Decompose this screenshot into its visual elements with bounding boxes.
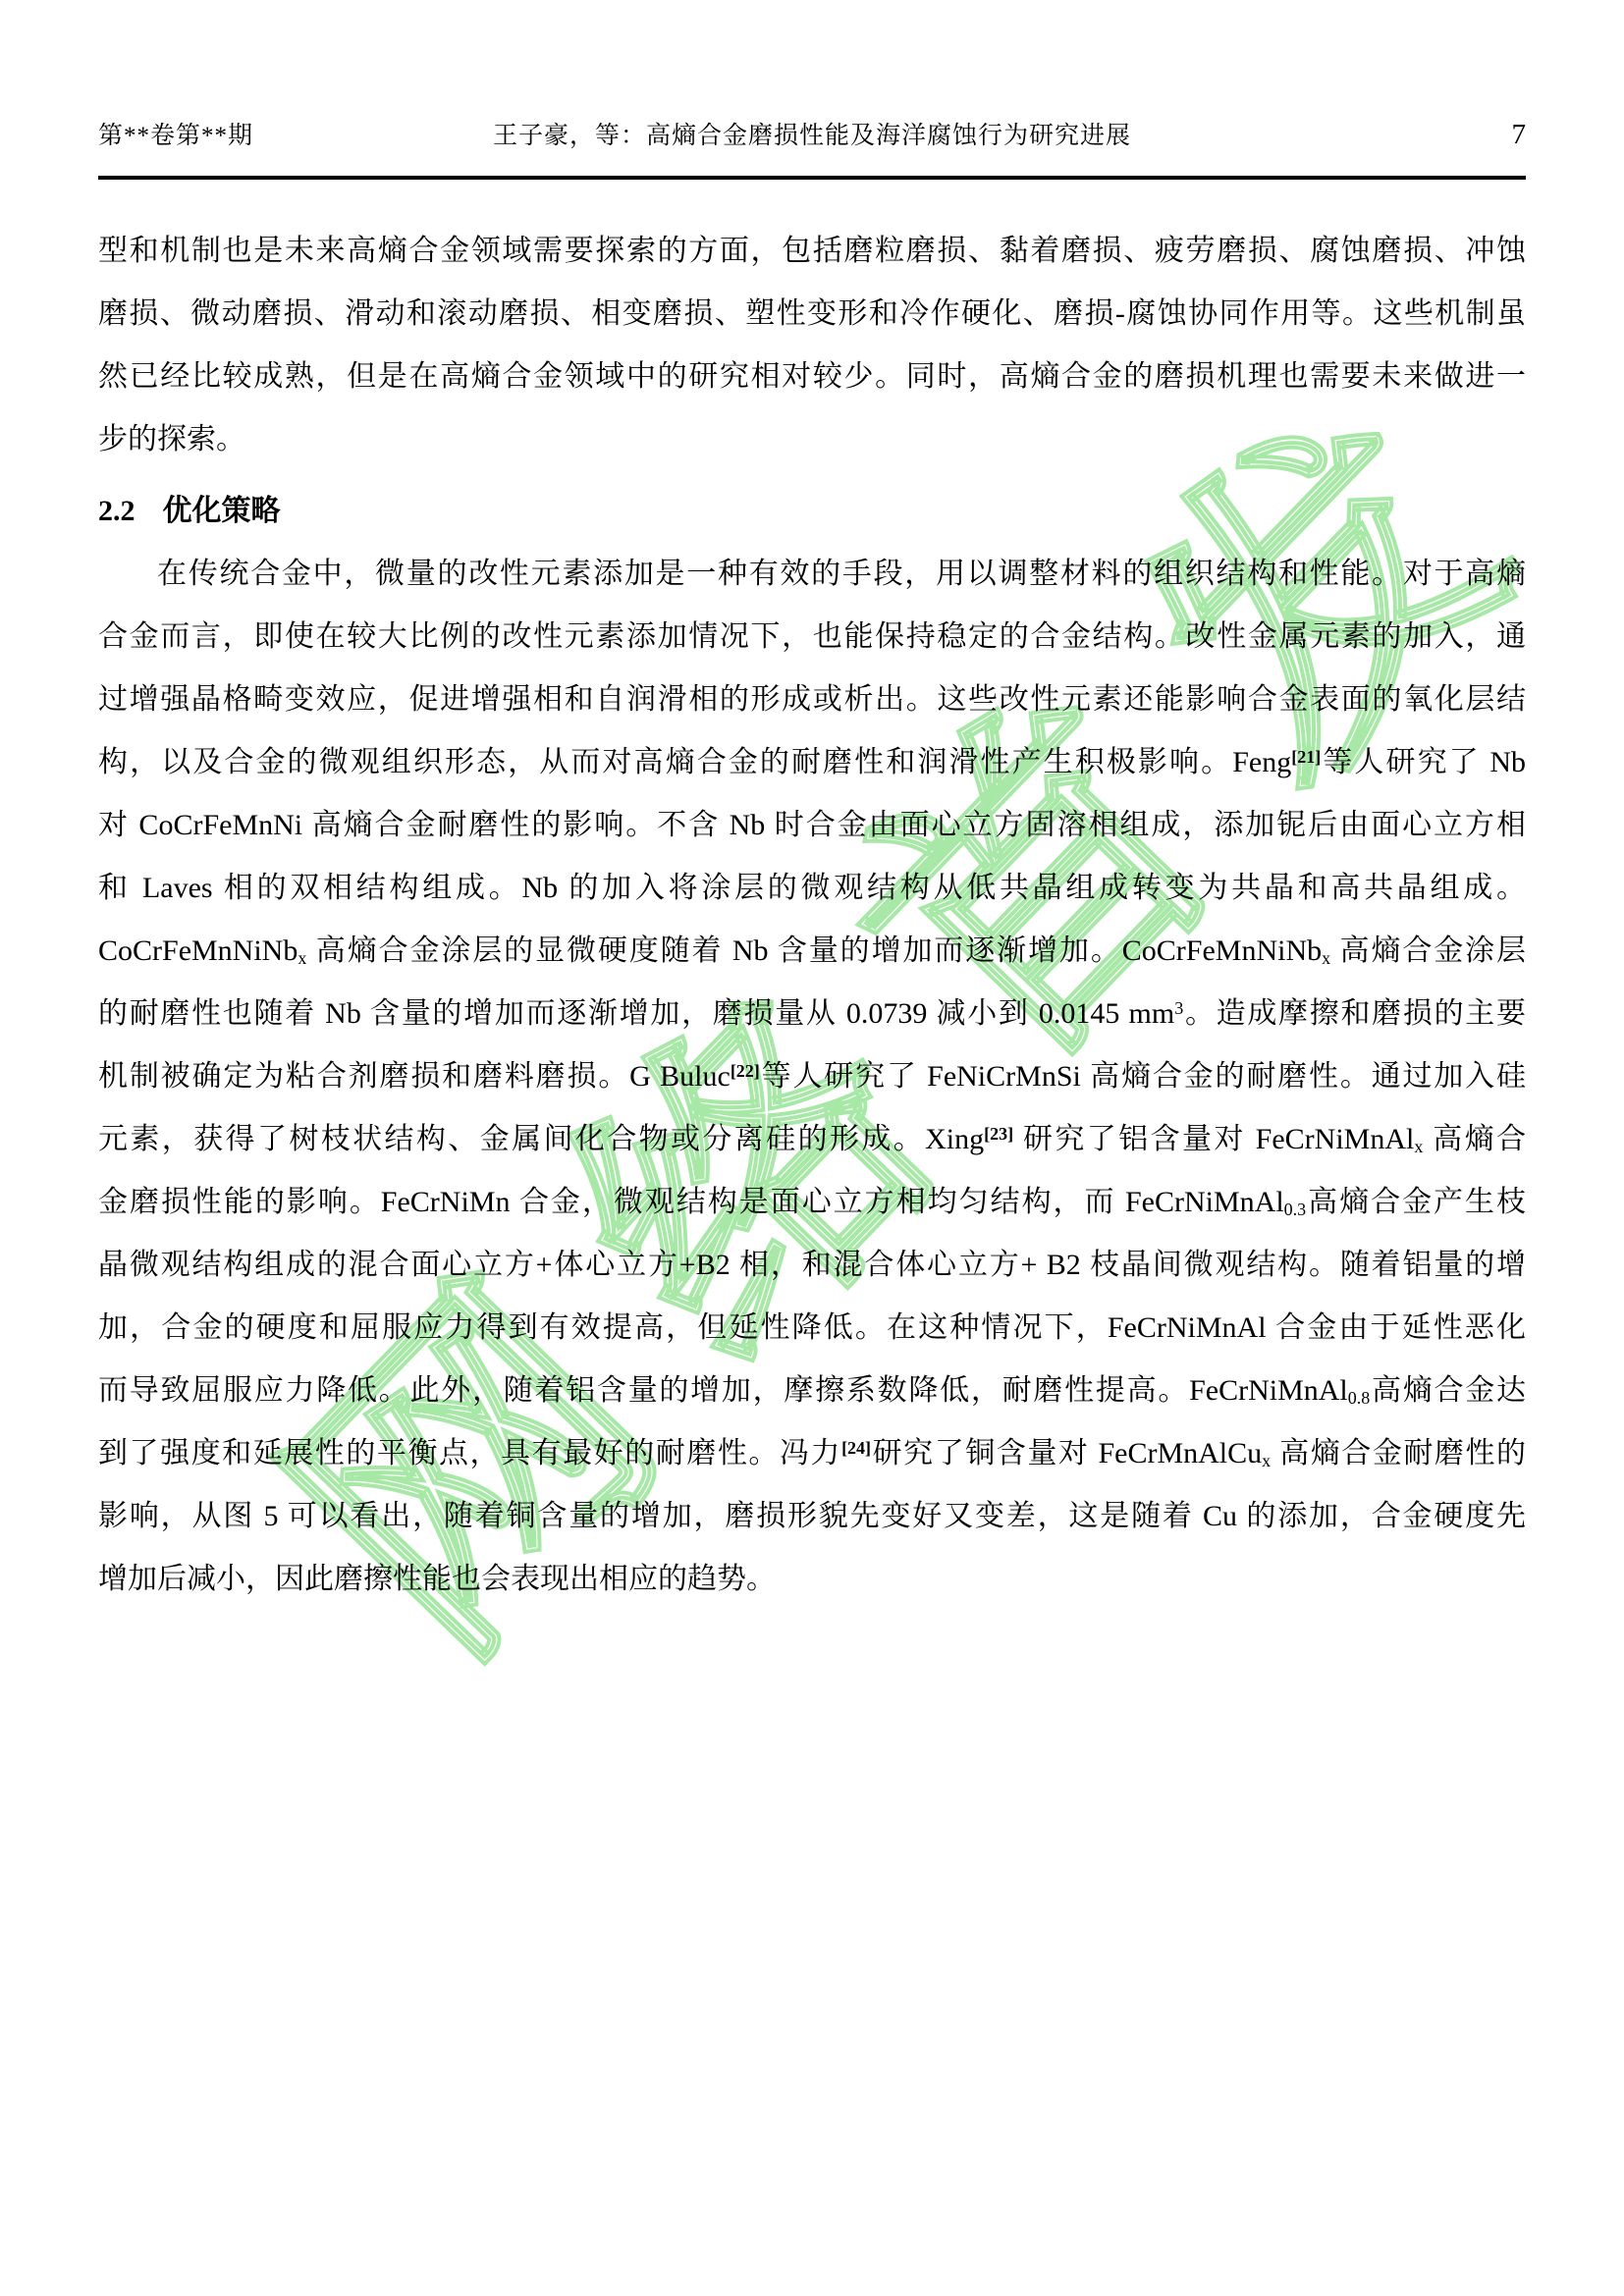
text-line: 的耐磨性也随着 Nb 含量的增加而逐渐增加，磨损量从 0.0739 减小到 0.… [98,983,1526,1045]
text-line: 加，合金的硬度和屈服应力得到有效提高，但延性降低。在这种情况下，FeCrNiMn… [98,1297,1526,1360]
text-line: 型和机制也是未来高熵合金领域需要探索的方面，包括磨粒磨损、黏着磨损、疲劳磨损、腐… [98,220,1526,283]
section-number: 2.2 [98,495,135,527]
text-line: CoCrFeMnNiNbx 高熵合金涂层的显微硬度随着 Nb 含量的增加而逐渐增… [98,920,1526,983]
section-title: 优化策略 [163,495,281,527]
text-line: 对 CoCrFeMnNi 高熵合金耐磨性的影响。不含 Nb 时合金由面心立方固溶… [98,794,1526,857]
text-line: 机制被确定为粘合剂磨损和磨料磨损。G Buluc[22]等人研究了 FeNiCr… [98,1045,1526,1108]
text-line: 影响，从图 5 可以看出，随着铜含量的增加，磨损形貌先变好又变差，这是随着 Cu… [98,1485,1526,1548]
paragraph-wear-mechanisms: 型和机制也是未来高熵合金领域需要探索的方面，包括磨粒磨损、黏着磨损、疲劳磨损、腐… [98,220,1526,471]
text-line: 和 Laves 相的双相结构组成。Nb 的加入将涂层的微观结构从低共晶组成转变为… [98,857,1526,920]
text-line: 晶微观结构组成的混合面心立方+体心立方+B2 相，和混合体心立方+ B2 枝晶间… [98,1234,1526,1297]
text-line: 元素，获得了树枝状结构、金属间化合物或分离硅的形成。Xing[23] 研究了铝含… [98,1108,1526,1171]
text-line: 金磨损性能的影响。FeCrNiMn 合金，微观结构是面心立方相均匀结构，而 Fe… [98,1171,1526,1234]
text-line: 增加后减小，因此磨擦性能也会表现出相应的趋势。 [98,1548,1526,1611]
text-line: 磨损、微动磨损、滑动和滚动磨损、相变磨损、塑性变形和冷作硬化、磨损-腐蚀协同作用… [98,283,1526,346]
text-line: 到了强度和延展性的平衡点，具有最好的耐磨性。冯力[24]研究了铜含量对 FeCr… [98,1422,1526,1485]
section-heading: 2.2优化策略 [98,480,1526,543]
text-line: 构，以及合金的微观组织形态，从而对高熵合金的耐磨性和润滑性产生积极影响。Feng… [98,731,1526,794]
text-line: 过增强晶格畸变效应，促进增强相和自润滑相的形成或析出。这些改性元素还能影响合金表… [98,668,1526,731]
header-volume-issue: 第**卷第**期 [98,116,422,151]
text-line: 在传统合金中，微量的改性元素添加是一种有效的手段，用以调整材料的组织结构和性能。… [98,543,1526,606]
paragraph-optimization-strategy: 在传统合金中，微量的改性元素添加是一种有效的手段，用以调整材料的组织结构和性能。… [98,543,1526,1611]
text-line: 合金而言，即使在较大比例的改性元素添加情况下，也能保持稳定的合金结构。改性金属元… [98,606,1526,668]
text-line: 步的探索。 [98,408,1526,471]
article-body: 型和机制也是未来高熵合金领域需要探索的方面，包括磨粒磨损、黏着磨损、疲劳磨损、腐… [98,220,1526,1611]
header-article-title: 王子豪，等：高熵合金磨损性能及海洋腐蚀行为研究进展 [422,116,1202,151]
paper-page: 网络首发 第**卷第**期 王子豪，等：高熵合金磨损性能及海洋腐蚀行为研究进展 … [0,0,1624,2296]
text-line: 而导致屈服应力降低。此外，随着铝含量的增加，摩擦系数降低，耐磨性提高。FeCrN… [98,1360,1526,1422]
text-line: 然已经比较成熟，但是在高熵合金领域中的研究相对较少。同时，高熵合金的磨损机理也需… [98,346,1526,408]
running-header: 第**卷第**期 王子豪，等：高熵合金磨损性能及海洋腐蚀行为研究进展 7 [98,116,1526,151]
page-number: 7 [1202,119,1526,151]
header-rule [98,176,1526,180]
